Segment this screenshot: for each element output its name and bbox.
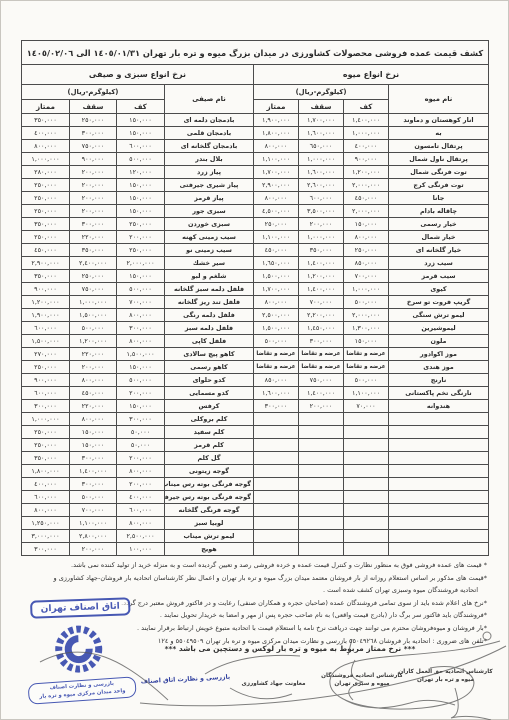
veg-name: سيب زمينی نو (165, 244, 254, 257)
fruit-ceiling-price (299, 504, 344, 517)
veg-premium-price: ٢٥٠,٠٠٠ (21, 361, 69, 374)
veg-ceiling-price: ٩٠٠,٠٠٠ (70, 153, 117, 166)
fruit-ceiling-header: سقف (299, 100, 344, 114)
veg-ceiling-price: ٢٠٠,٠٠٠ (70, 192, 117, 205)
veg-floor-price: ٢٠٠,٠٠٠ (117, 452, 165, 465)
fruit-premium-price: ١,٩٠٠,٠٠٠ (254, 114, 299, 127)
veg-premium-price: ١,٨٠٠,٠٠٠ (21, 465, 69, 478)
fruit-ceiling-price: ١,٠٠٠,٠٠٠ (299, 231, 344, 244)
fruit-name: هندوانه (389, 400, 489, 413)
veg-ceiling-price: ٣٠٠,٠٠٠ (70, 218, 117, 231)
veg-ceiling-price: ٧٥٠,٠٠٠ (70, 283, 117, 296)
veg-name: كاهو پيچ سالادی (165, 348, 254, 361)
veg-name-column-header: نام صيفی (165, 85, 254, 114)
veg-name: گوجه فرنگی گلخانه (165, 504, 254, 517)
veg-ceiling-price: ١٥٠,٠٠٠ (70, 439, 117, 452)
fruit-premium-price: ٤,٥٠٠,٠٠٠ (254, 205, 299, 218)
fruit-name (389, 452, 489, 465)
veg-premium-price: ٦٠٠,٠٠٠ (21, 491, 69, 504)
fruit-premium-price (254, 426, 299, 439)
veg-ceiling-price: ٢,٨٠٠,٠٠٠ (70, 530, 117, 543)
price-row: كلم سفيد٥٠,٠٠٠١٥٠,٠٠٠٢٥٠,٠٠٠ (21, 426, 488, 439)
fruit-floor-price (344, 439, 389, 452)
fruit-floor-price: ١٥٠,٠٠٠ (344, 335, 389, 348)
veg-premium-price: ٩٠٠,٠٠٠ (21, 283, 69, 296)
fruit-premium-price (254, 413, 299, 426)
fruit-ceiling-price: ٦٥٠,٠٠٠ (299, 140, 344, 153)
veg-name: گوجه فرنگی بوته رس ميناب (165, 478, 254, 491)
fruit-ceiling-price: ١,٧٠٠,٠٠٠ (299, 114, 344, 127)
veg-ceiling-price: ١,٥٠٠,٠٠٠ (70, 309, 117, 322)
veg-premium-price: ٢٥٠,٠٠٠ (21, 192, 69, 205)
veg-premium-price: ٤٠٠,٠٠٠ (21, 127, 69, 140)
veg-premium-price: ٤٥٠,٠٠٠ (21, 244, 69, 257)
veg-floor-price: ١٥٠,٠٠٠ (117, 114, 165, 127)
fruit-premium-price (254, 543, 299, 556)
fruit-name (389, 478, 489, 491)
fruit-premium-price: عرضه و تقاضا (254, 348, 299, 361)
price-row: خيار گلخانه ای٢٥٠,٠٠٠٣٥٠,٠٠٠٤٥٠,٠٠٠سيب ز… (21, 244, 488, 257)
veg-floor-price: ٢,٠٠٠,٠٠٠ (117, 257, 165, 270)
fruit-ceiling-price: ٦٠٠,٠٠٠ (299, 192, 344, 205)
fruit-name: نارنگی تخم پاكستانی (389, 387, 489, 400)
price-row: خيار رسمی١٥٠,٠٠٠٢٠٠,٠٠٠٢٥٠,٠٠٠سبزی خوردن… (21, 218, 488, 231)
veg-floor-price: ٥٠٠,٠٠٠ (117, 374, 165, 387)
fruit-name (389, 530, 489, 543)
fruit-premium-price: ٣٠٠,٠٠٠ (254, 400, 299, 413)
fruit-floor-header: كف (344, 100, 389, 114)
stamp-title: اتاق اصناف تهران (30, 597, 131, 618)
veg-ceiling-header: سقف (70, 100, 117, 114)
price-row: سيب قرمز٧٠٠,٠٠٠١,٢٠٠,٠٠٠١,٥٠٠,٠٠٠شلغم و … (21, 270, 488, 283)
price-document: كشف قيمت عمده فروشی محصولات كشاورزی در م… (22, 40, 489, 556)
veg-floor-price: ٣٠٠,٠٠٠ (117, 322, 165, 335)
fruit-premium-price: ١,١٠٠,٠٠٠ (254, 153, 299, 166)
price-row: گوجه فرنگی بوته رس ميناب٢٠٠,٠٠٠٣٠٠,٠٠٠٤٠… (21, 478, 488, 491)
price-row: انار كوهستان و دماوند١,٤٠٠,٠٠٠١,٧٠٠,٠٠٠١… (21, 114, 488, 127)
fruit-name: پرتقال ناول شمال (389, 153, 489, 166)
veg-premium-header: ممتاز (21, 100, 69, 114)
veg-floor-price: ٥٠٠,٠٠٠ (117, 283, 165, 296)
fruit-premium-price: ١,١٠٠,٠٠٠ (254, 231, 299, 244)
veg-ceiling-price: ٢٠٠,٠٠٠ (70, 205, 117, 218)
fruit-floor-price: ٧٠٠,٠٠٠ (344, 270, 389, 283)
fruit-premium-header: ممتاز (254, 100, 299, 114)
price-row: جانا٤٥٠,٠٠٠٦٠٠,٠٠٠٨٠٠,٠٠٠پياز قرمز١٥٠,٠٠… (21, 192, 488, 205)
signature-label: ميوه و سبزی تهران (318, 680, 406, 688)
price-row: نارنج٥٠٠,٠٠٠٧٥٠,٠٠٠٨٥٠,٠٠٠كدو حلوای٥٠٠,٠… (21, 374, 488, 387)
fruit-ceiling-price: ٣,٥٠٠,٠٠٠ (299, 205, 344, 218)
veg-floor-price: ١٥٠,٠٠٠ (117, 361, 165, 374)
fruit-floor-price: ٤٥٠,٠٠٠ (344, 192, 389, 205)
veg-ceiling-price: ١,٢٠٠,٠٠٠ (70, 335, 117, 348)
fruit-floor-price: ٢,٠٠٠,٠٠٠ (344, 179, 389, 192)
veg-premium-price: ٢٥٠,٠٠٠ (21, 205, 69, 218)
fruit-unit-header: (كيلوگرم-ريال) (254, 85, 389, 100)
fruit-name: سيب زرد (389, 257, 489, 270)
veg-name: سيب زمينی كهنه (165, 231, 254, 244)
veg-name: فلفل كاپی (165, 335, 254, 348)
fruit-ceiling-price: ١,٤٠٠,٠٠٠ (299, 283, 344, 296)
signature-guild-inspection: بازرسی و نظارت اتاق اصناف (138, 674, 233, 687)
veg-name: گوجه فرنگی بوته رس جيرفت (165, 491, 254, 504)
price-row: گوجه زيتونی٨٠٠,٠٠٠١,٤٠٠,٠٠٠١,٨٠٠,٠٠٠ (21, 465, 488, 478)
fruit-floor-price: ١,٠٠٠,٠٠٠ (344, 127, 389, 140)
veg-ceiling-price: ٢٠٠,٠٠٠ (70, 166, 117, 179)
fruit-premium-price: عرضه و تقاضا (254, 361, 299, 374)
veg-name: ليمو ترش ميناب (165, 530, 254, 543)
veg-name: شلغم و لبو (165, 270, 254, 283)
veg-premium-price: ٤٠٠,٠٠٠ (21, 478, 69, 491)
fruit-name: موز اكوادور (389, 348, 489, 361)
fruit-floor-price (344, 491, 389, 504)
veg-floor-price: ٤٠٠,٠٠٠ (117, 491, 165, 504)
veg-name: كرفس (165, 400, 254, 413)
fruit-premium-price (254, 504, 299, 517)
fruit-name: انار كوهستان و دماوند (389, 114, 489, 127)
veg-premium-price: ٣٥٠,٠٠٠ (21, 218, 69, 231)
fruit-ceiling-price: عرضه و تقاضا (299, 348, 344, 361)
price-row: به١,٠٠٠,٠٠٠١,٦٠٠,٠٠٠١,٨٠٠,٠٠٠بادمجان قلم… (21, 127, 488, 140)
fruit-floor-price: ١٥٠,٠٠٠ (344, 218, 389, 231)
veg-floor-header: كف (117, 100, 165, 114)
price-row: ليمو ترش ميناب٢,٥٠٠,٠٠٠٢,٨٠٠,٠٠٠٣,٠٠٠,٠٠… (21, 530, 488, 543)
veg-premium-price: ١,٢٠٠,٠٠٠ (21, 296, 69, 309)
veg-floor-price: ٢٠٠,٠٠٠ (117, 387, 165, 400)
price-row: توت فرنگی كرج٢,٠٠٠,٠٠٠٢,٦٠٠,٠٠٠٢,٩٠٠,٠٠٠… (21, 179, 488, 192)
price-row: ملون١٥٠,٠٠٠٣٠٠,٠٠٠٥٠٠,٠٠٠فلفل كاپی٨٠٠,٠٠… (21, 335, 488, 348)
veg-name: كلم سفيد (165, 426, 254, 439)
veg-name: سبزی جور (165, 205, 254, 218)
fruit-floor-price (344, 465, 389, 478)
fruit-floor-price: ٢,٠٠٠,٠٠٠ (344, 205, 389, 218)
signature-label: كارشناس اتحاديه حق العمل كاران (398, 668, 493, 676)
fruit-floor-price: ٢٥٠,٠٠٠ (344, 244, 389, 257)
veg-premium-price: ٦٠٠,٠٠٠ (21, 322, 69, 335)
fruit-premium-price (254, 465, 299, 478)
veg-premium-price: ٣٥٠,٠٠٠ (21, 270, 69, 283)
fruit-premium-price: ٢,٩٠٠,٠٠٠ (254, 179, 299, 192)
fruit-floor-price: ٥٠٠,٠٠٠ (344, 296, 389, 309)
veg-ceiling-price: ٣٥٠,٠٠٠ (70, 244, 117, 257)
veg-name: پياز قرمز (165, 192, 254, 205)
veg-floor-price: ١٥٠,٠٠٠ (117, 127, 165, 140)
veg-floor-price: ١٠٠,٠٠٠ (117, 543, 165, 556)
fruit-premium-price: ٨٥٠,٠٠٠ (254, 374, 299, 387)
fruit-ceiling-price: ١,٦٠٠,٠٠٠ (299, 127, 344, 140)
fruit-ceiling-price (299, 530, 344, 543)
fruit-name: نارنج (389, 374, 489, 387)
veg-ceiling-price: ٢٥٠,٠٠٠ (70, 114, 117, 127)
veg-ceiling-price: ٣٠٠,٠٠٠ (70, 478, 117, 491)
fruit-ceiling-price: عرضه و تقاضا (299, 361, 344, 374)
veg-floor-price: ١٥٠,٠٠٠ (117, 179, 165, 192)
fruit-ceiling-price: ٢٠٠,٠٠٠ (299, 400, 344, 413)
veg-section-header: نرخ انواع سبزی و صيفی (21, 65, 253, 85)
veg-premium-price: ٣٠٠,٠٠٠ (21, 400, 69, 413)
price-row: سيب زرد٨٥٠,٠٠٠١,٤٠٠,٠٠٠١,٦٥٠,٠٠٠سير خشك٢… (21, 257, 488, 270)
fruit-premium-price: ٤٥٠,٠٠٠ (254, 244, 299, 257)
fruit-ceiling-price: ٢,٢٠٠,٠٠٠ (299, 309, 344, 322)
fruit-ceiling-price: ٢٠٠,٠٠٠ (299, 218, 344, 231)
fruit-name (389, 465, 489, 478)
veg-premium-price: ٢٨٠,٠٠٠ (21, 166, 69, 179)
veg-floor-price: ٢,٥٠٠,٠٠٠ (117, 530, 165, 543)
veg-ceiling-price: ١,٠٠٠,٠٠٠ (70, 296, 117, 309)
fruit-ceiling-price: ٧٠٠,٠٠٠ (299, 296, 344, 309)
fruit-floor-price: ٨٠٠,٠٠٠ (344, 231, 389, 244)
fruit-premium-price (254, 452, 299, 465)
fruit-premium-price (254, 517, 299, 530)
veg-name: هويج (165, 543, 254, 556)
price-row: گريپ فروت تو سرخ٥٠٠,٠٠٠٧٠٠,٠٠٠٨٠٠,٠٠٠فلف… (21, 296, 488, 309)
fruit-floor-price: ٤٠٠,٠٠٠ (344, 140, 389, 153)
fruit-ceiling-price (299, 543, 344, 556)
veg-floor-price: ٨٠٠,٠٠٠ (117, 335, 165, 348)
price-row: خيار شمال٨٠٠,٠٠٠١,٠٠٠,٠٠٠١,١٠٠,٠٠٠سيب زم… (21, 231, 488, 244)
price-row: گوجه فرنگی گلخانه٦٠٠,٠٠٠٧٠٠,٠٠٠٨٠٠,٠٠٠ (21, 504, 488, 517)
veg-name: فلفل دلمه رنگی (165, 309, 254, 322)
veg-premium-price: ١,٠٠٠,٠٠٠ (21, 413, 69, 426)
fruit-floor-price: ٥٠٠,٠٠٠ (344, 374, 389, 387)
veg-ceiling-price: ٢٠٠,٠٠٠ (70, 361, 117, 374)
fruit-premium-price (254, 530, 299, 543)
veg-ceiling-price: ٧٠٠,٠٠٠ (70, 504, 117, 517)
veg-name: لوبيا سبز (165, 517, 254, 530)
fruit-premium-price: ١,٦٥٠,٠٠٠ (254, 257, 299, 270)
veg-name: كدو مسمايی (165, 387, 254, 400)
veg-name: فلفل تند ريز گلخانه (165, 296, 254, 309)
price-row: كلم قرمز٥٠,٠٠٠١٥٠,٠٠٠٢٥٠,٠٠٠ (21, 439, 488, 452)
fruit-name: خيار شمال (389, 231, 489, 244)
veg-floor-price: ١٥٠,٠٠٠ (117, 205, 165, 218)
fruit-floor-price: ٩٠٠,٠٠٠ (344, 153, 389, 166)
fruit-name: گريپ فروت تو سرخ (389, 296, 489, 309)
veg-premium-price: ٨٠٠,٠٠٠ (21, 504, 69, 517)
fruit-premium-price: ١,٧٠٠,٠٠٠ (254, 166, 299, 179)
fruit-premium-price: ٢,٥٠٠,٠٠٠ (254, 309, 299, 322)
fruit-ceiling-price (299, 413, 344, 426)
veg-name: بادمجان گلخانه ای (165, 140, 254, 153)
signature-broker-union: كارشناس اتحاديه حق العمل كاران ميوه و تر… (398, 668, 493, 684)
fruit-ceiling-price: ١,٠٠٠,٠٠٠ (299, 153, 344, 166)
fruit-name (389, 504, 489, 517)
fruit-ceiling-price: ١,٤٠٠,٠٠٠ (299, 387, 344, 400)
fruit-premium-price (254, 491, 299, 504)
veg-floor-price: ٥٠٠,٠٠٠ (117, 153, 165, 166)
veg-floor-price: ٢٥٠,٠٠٠ (117, 218, 165, 231)
veg-ceiling-price: ٣٠٠,٠٠٠ (70, 452, 117, 465)
veg-floor-price: ٢٥٠,٠٠٠ (117, 244, 165, 257)
veg-name: كلم قرمز (165, 439, 254, 452)
signature-label: معاونت جهاد كشاورزی (236, 680, 311, 688)
fruit-floor-price: ١,٤٠٠,٠٠٠ (344, 114, 389, 127)
fruit-premium-price: ٨٠٠,٠٠٠ (254, 140, 299, 153)
price-row: هندوانه٧٠,٠٠٠٢٠٠,٠٠٠٣٠٠,٠٠٠كرفس١٥٠,٠٠٠٢٢… (21, 400, 488, 413)
signature-label: بازرسی و نظارت اتاق اصناف (138, 674, 233, 687)
veg-floor-price: ٥٠,٠٠٠ (117, 439, 165, 452)
veg-premium-price: ٩٠٠,٠٠٠ (21, 374, 69, 387)
signature-label: ميوه و تره بار تهران (398, 676, 493, 684)
fruit-name: توت فرنگی شمال (389, 166, 489, 179)
price-row: گل كلم٢٠٠,٠٠٠٣٠٠,٠٠٠٣٥٠,٠٠٠ (21, 452, 488, 465)
fruit-name (389, 439, 489, 452)
veg-floor-price: ١٥٠,٠٠٠ (117, 270, 165, 283)
price-row: موز هندیعرضه و تقاضاعرضه و تقاضاعرضه و ت… (21, 361, 488, 374)
veg-ceiling-price: ٢٥٠,٠٠٠ (70, 270, 117, 283)
fruit-floor-price: عرضه و تقاضا (344, 361, 389, 374)
veg-ceiling-price: ٢٢٠,٠٠٠ (70, 231, 117, 244)
veg-name: فلفل دلمه سبز (165, 322, 254, 335)
veg-premium-price: ٢٥٠,٠٠٠ (21, 426, 69, 439)
fruit-floor-price: ٢,٠٠٠,٠٠٠ (344, 309, 389, 322)
fruit-name: خيار رسمی (389, 218, 489, 231)
veg-premium-price: ٢٥٠,٠٠٠ (21, 231, 69, 244)
fruit-ceiling-price: ١,٢٠٠,٠٠٠ (299, 270, 344, 283)
fruit-name (389, 426, 489, 439)
fruit-floor-price: ١,١٠٠,٠٠٠ (344, 387, 389, 400)
veg-name: بادمجان دلمه ای (165, 114, 254, 127)
veg-floor-price: ٣٠٠,٠٠٠ (117, 413, 165, 426)
fruit-premium-price: ٨٠٠,٠٠٠ (254, 192, 299, 205)
premium-note: *** نرخ ممتاز مربوط به ميوه و تره بار لو… (150, 644, 430, 653)
fruit-premium-price: ١,٥٠٠,٠٠٠ (254, 322, 299, 335)
price-row: چاقاله بادام٢,٠٠٠,٠٠٠٣,٥٠٠,٠٠٠٤,٥٠٠,٠٠٠س… (21, 205, 488, 218)
fruit-name: ليمو ترش سنگی (389, 309, 489, 322)
fruit-ceiling-price: ٧٥٠,٠٠٠ (299, 374, 344, 387)
fruit-ceiling-price: ١,٦٠٠,٠٠٠ (299, 166, 344, 179)
price-row: توت فرنگی شمال١,٢٠٠,٠٠٠١,٦٠٠,٠٠٠١,٧٠٠,٠٠… (21, 166, 488, 179)
fruit-name (389, 543, 489, 556)
veg-floor-price: ٢٠٠,٠٠٠ (117, 478, 165, 491)
veg-ceiling-price: ٢٠٠,٠٠٠ (70, 179, 117, 192)
veg-name: بادمجان قلمی (165, 127, 254, 140)
veg-premium-price: ٦٠٠,٠٠٠ (21, 387, 69, 400)
veg-floor-price: ١,٥٠٠,٠٠٠ (117, 348, 165, 361)
unit-header-row: نام ميوه (كيلوگرم-ريال) نام صيفی (كيلوگر… (21, 85, 488, 100)
price-table-body: انار كوهستان و دماوند١,٤٠٠,٠٠٠١,٧٠٠,٠٠٠١… (21, 114, 488, 556)
fruit-floor-price: عرضه و تقاضا (344, 348, 389, 361)
fruit-ceiling-price (299, 465, 344, 478)
fruit-floor-price (344, 426, 389, 439)
fruit-premium-price: ٢٥٠,٠٠٠ (254, 218, 299, 231)
fruit-floor-price: ٨٥٠,٠٠٠ (344, 257, 389, 270)
veg-floor-price: ٦٠٠,٠٠٠ (117, 140, 165, 153)
fruit-name: خيار گلخانه ای (389, 244, 489, 257)
fruit-floor-price (344, 478, 389, 491)
veg-floor-price: ١٥٠,٠٠٠ (117, 400, 165, 413)
veg-name: سير خشك (165, 257, 254, 270)
fruit-floor-price: ١,٢٠٠,٠٠٠ (344, 166, 389, 179)
fruit-floor-price: ١,٠٠٠,٠٠٠ (344, 283, 389, 296)
scanned-document-page: كشف قيمت عمده فروشی محصولات كشاورزی در م… (0, 0, 509, 720)
veg-name: پياز شيری جيرفتی (165, 179, 254, 192)
signature-sellers-union: كارشناس اتحاديه فروشندگان ميوه و سبزی ته… (318, 672, 406, 688)
fruit-name (389, 413, 489, 426)
fruit-floor-price (344, 530, 389, 543)
veg-premium-price: ١,٩٠٠,٠٠٠ (21, 309, 69, 322)
price-row: هويج١٠٠,٠٠٠٢٠٠,٠٠٠٣٠٠,٠٠٠ (21, 543, 488, 556)
fruit-ceiling-price: ١,٤٠٠,٠٠٠ (299, 257, 344, 270)
veg-floor-price: ٧٠٠,٠٠٠ (117, 296, 165, 309)
signature-agriculture-deputy: معاونت جهاد كشاورزی (236, 680, 311, 688)
veg-floor-price: ٨٠٠,٠٠٠ (117, 309, 165, 322)
veg-ceiling-price: ٨٠٠,٠٠٠ (70, 374, 117, 387)
fruit-name: جانا (389, 192, 489, 205)
price-row: ليموشيرين١,٣٠٠,٠٠٠١,٤٥٠,٠٠٠١,٥٠٠,٠٠٠فلفل… (21, 322, 488, 335)
signature-label: كارشناس اتحاديه فروشندگان (318, 672, 406, 680)
fruit-ceiling-price (299, 517, 344, 530)
veg-ceiling-price: ٢٢٠,٠٠٠ (70, 400, 117, 413)
veg-premium-price: ٨٠٠,٠٠٠ (21, 140, 69, 153)
fruit-premium-price: ١,٨٠٠,٠٠٠ (254, 127, 299, 140)
fruit-ceiling-price: ١,٤٥٠,٠٠٠ (299, 322, 344, 335)
fruit-name: توت فرنگی كرج (389, 179, 489, 192)
veg-ceiling-price: ٨٠٠,٠٠٠ (70, 413, 117, 426)
fruit-ceiling-price: ٢,٦٠٠,٠٠٠ (299, 179, 344, 192)
veg-ceiling-price: ٧٥٠,٠٠٠ (70, 140, 117, 153)
title-row: كشف قيمت عمده فروشی محصولات كشاورزی در م… (21, 41, 488, 65)
fruit-premium-price (254, 478, 299, 491)
veg-ceiling-price: ٢,٤٠٠,٠٠٠ (70, 257, 117, 270)
veg-premium-price: ٢٥٠,٠٠٠ (21, 439, 69, 452)
veg-ceiling-price: ٥٠٠,٠٠٠ (70, 491, 117, 504)
veg-ceiling-price: ١,١٠٠,٠٠٠ (70, 517, 117, 530)
veg-ceiling-price: ٣٠٠,٠٠٠ (70, 127, 117, 140)
veg-name: كلم بروكلی (165, 413, 254, 426)
fruit-name: پرتقال تامسون (389, 140, 489, 153)
fruit-name: كيوی (389, 283, 489, 296)
veg-unit-header: (كيلوگرم-ريال) (21, 85, 164, 100)
fruit-ceiling-price: ٣٥٠,٠٠٠ (299, 244, 344, 257)
veg-premium-price: ١,٠٠٠,٠٠٠ (21, 153, 69, 166)
veg-floor-price: ١٥٠,٠٠٠ (117, 192, 165, 205)
veg-name: گوجه زيتونی (165, 465, 254, 478)
fruit-floor-price (344, 504, 389, 517)
veg-premium-price: ٣٥٠,٠٠٠ (21, 452, 69, 465)
veg-ceiling-price: ٢٢٠,٠٠٠ (70, 348, 117, 361)
fruit-name: موز هندی (389, 361, 489, 374)
fruit-name: سيب قرمز (389, 270, 489, 283)
fruit-name: به (389, 127, 489, 140)
veg-premium-price: ٢٧٠,٠٠٠ (21, 348, 69, 361)
fruit-premium-price (254, 439, 299, 452)
price-row: پرتقال تامسون٤٠٠,٠٠٠٦٥٠,٠٠٠٨٠٠,٠٠٠بادمجا… (21, 140, 488, 153)
fruit-premium-price: ٨٠٠,٠٠٠ (254, 296, 299, 309)
fruit-floor-price: ١,٣٠٠,٠٠٠ (344, 322, 389, 335)
fruit-floor-price (344, 452, 389, 465)
gear-logo-icon (46, 621, 112, 683)
fruit-premium-price: ٥٠٠,٠٠٠ (254, 335, 299, 348)
veg-ceiling-price: ١٥٠,٠٠٠ (70, 426, 117, 439)
fruit-premium-price: ١,٦٠٠,٠٠٠ (254, 387, 299, 400)
fruit-ceiling-price (299, 478, 344, 491)
price-row: كلم بروكلی٣٠٠,٠٠٠٨٠٠,٠٠٠١,٠٠٠,٠٠٠ (21, 413, 488, 426)
veg-name: بلال بندر (165, 153, 254, 166)
note-line: *قيمت های مذكور بر اساس استعلام روزانه ا… (22, 572, 487, 585)
fruit-floor-price (344, 517, 389, 530)
veg-premium-price: ٢,٩٠٠,٠٠٠ (21, 257, 69, 270)
veg-premium-price: ٣٥٠,٠٠٠ (21, 114, 69, 127)
note-line: * قيمت های عمده فروشی فوق به منظور نظارت… (22, 559, 487, 572)
veg-premium-price: ٣,٠٠٠,٠٠٠ (21, 530, 69, 543)
veg-premium-price: ٣٠٠,٠٠٠ (21, 543, 69, 556)
fruit-name: ليموشيرين (389, 322, 489, 335)
fruit-name: چاقاله بادام (389, 205, 489, 218)
fruit-ceiling-price (299, 452, 344, 465)
fruit-ceiling-price (299, 491, 344, 504)
price-row: ليمو ترش سنگی٢,٠٠٠,٠٠٠٢,٢٠٠,٠٠٠٢,٥٠٠,٠٠٠… (21, 309, 488, 322)
